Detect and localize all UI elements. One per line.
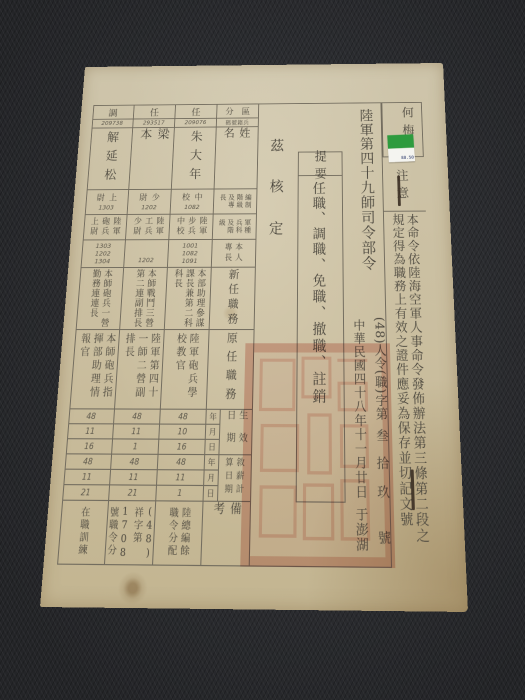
service-number: 293517 bbox=[143, 120, 165, 126]
specialty-code: 1082 bbox=[182, 250, 198, 258]
service-number: 209076 bbox=[184, 120, 206, 126]
document-sheet: 調 任 任 區分 209738 293517 209076 兵籍號碼 解延松 梁… bbox=[40, 63, 468, 612]
seal-stroke bbox=[301, 357, 331, 399]
specialty-cell: 1303 1202 1304 bbox=[81, 240, 126, 268]
name-cell: 解延松 bbox=[87, 128, 133, 190]
branch-rank-cell: 陸軍砲兵上尉 bbox=[83, 215, 128, 241]
effective-month: 11 bbox=[113, 424, 160, 439]
specialty-code: 1001 bbox=[182, 242, 198, 250]
branch-rank-cell: 陸軍步兵中校 bbox=[169, 214, 213, 240]
unit-label: 年 bbox=[209, 411, 217, 423]
effective-month: 11 bbox=[67, 424, 114, 439]
photo-background: 調 任 任 區分 209738 293517 209076 兵籍號碼 解延松 梁… bbox=[0, 0, 525, 700]
authorized-specialty: 1202 bbox=[141, 203, 157, 210]
date-value: 11 bbox=[128, 472, 138, 482]
row-label-text: 原任職務 bbox=[221, 332, 239, 407]
category-cell: 調 bbox=[92, 105, 134, 120]
branch-rank: 陸軍步兵中校 bbox=[174, 216, 209, 237]
new-post: 本部助理參謀課長兼第二科科長 bbox=[169, 269, 206, 328]
seal-stroke bbox=[338, 382, 369, 412]
date-value: 21 bbox=[80, 487, 90, 497]
row-label-authorized: 編制階級及專長 bbox=[214, 189, 258, 214]
page-title: 陸軍第四十九師司令部令 bbox=[357, 108, 380, 271]
date-value: 11 bbox=[82, 472, 92, 482]
date-value: 48 bbox=[176, 457, 186, 467]
authorized-rank-cell: 中校1082 bbox=[171, 189, 215, 214]
person-name: 梁本 bbox=[132, 128, 170, 189]
branch-rank: 陸軍工兵少尉 bbox=[130, 217, 165, 238]
remarks-cell: 在職訓練 bbox=[57, 501, 109, 565]
authorized-rank-cell: 少尉1202 bbox=[128, 190, 172, 215]
previous-post: 本師砲兵指揮部助理情報官 bbox=[73, 333, 116, 405]
date-value: 11 bbox=[131, 427, 141, 437]
approval-text: 茲核定 bbox=[266, 138, 287, 263]
remarks-cell: 陸總編餘職令分配 bbox=[153, 501, 204, 566]
name-cell: 朱大年 bbox=[172, 127, 217, 189]
effective-day: 1 bbox=[112, 439, 159, 454]
date-value: 11 bbox=[175, 473, 185, 483]
specialty-code: 1091 bbox=[182, 257, 198, 265]
personnel-table: 調 任 任 區分 209738 293517 209076 兵籍號碼 解延松 梁… bbox=[57, 104, 259, 567]
category-text: 調 bbox=[108, 105, 118, 118]
row-label-text: 區分 bbox=[217, 105, 258, 117]
branch-rank-cell: 陸軍工兵少尉 bbox=[126, 215, 171, 241]
service-number-cell: 209738 bbox=[92, 119, 134, 128]
seal-stroke bbox=[307, 413, 332, 474]
date-value: 48 bbox=[86, 412, 96, 422]
date-value: 1 bbox=[177, 488, 182, 498]
date-value: 48 bbox=[129, 457, 139, 467]
seal-stroke bbox=[260, 424, 299, 472]
authorized-rank: 中校 bbox=[177, 193, 207, 203]
specialty-code: 1202 bbox=[95, 250, 111, 258]
month-label: 月 bbox=[204, 471, 219, 487]
month-label: 月 bbox=[206, 425, 221, 440]
notice-divider bbox=[384, 211, 426, 212]
specialty-code: 1303 bbox=[95, 242, 111, 250]
effective-year: 48 bbox=[68, 409, 115, 424]
unit-label: 月 bbox=[207, 472, 215, 484]
seal-stroke bbox=[337, 359, 367, 362]
row-label-text: 本人專長 bbox=[223, 243, 245, 264]
row-label-text: 姓名 bbox=[220, 127, 253, 188]
official-seal bbox=[240, 343, 395, 568]
specialty-cell: 1001 1082 1091 bbox=[168, 240, 213, 268]
seal-stroke bbox=[340, 479, 370, 541]
row-label-own-specialty: 本人專長 bbox=[212, 240, 257, 268]
row-label-new-post: 新任職務 bbox=[210, 268, 256, 330]
specialty-cell: 1202 bbox=[124, 240, 169, 268]
unit-label: 日 bbox=[208, 441, 216, 453]
date-value: 48 bbox=[83, 457, 93, 467]
row-label-text: 軍種兵科及階級 bbox=[217, 219, 251, 235]
date-value: 1 bbox=[133, 442, 138, 452]
new-post-cell: 本師戰鬥三營第二連副排長 bbox=[120, 268, 168, 330]
category-cell: 任 bbox=[175, 104, 217, 119]
authorized-rank: 上尉 bbox=[92, 193, 122, 203]
date-value: 11 bbox=[85, 426, 95, 436]
date-value: 10 bbox=[177, 427, 187, 437]
new-post-cell: 本師砲兵一營勤務連連長 bbox=[76, 268, 124, 330]
pay-day: 1 bbox=[156, 486, 204, 502]
person-name: 朱大年 bbox=[184, 130, 204, 187]
previous-post-cell: 陸軍第四十一師二營副排長 bbox=[115, 330, 165, 410]
authorized-rank-cell: 上尉1303 bbox=[85, 190, 129, 215]
person-name: 解延松 bbox=[99, 130, 120, 186]
authorized-specialty: 1303 bbox=[98, 203, 114, 210]
effective-year: 48 bbox=[160, 410, 207, 425]
remarks-cell: 澎防部(48)祥字第1708號職令分配 bbox=[105, 501, 156, 566]
seal-stroke bbox=[340, 424, 369, 468]
pay-year: 48 bbox=[65, 454, 112, 470]
previous-post: 陸軍第四十一師二營副排長 bbox=[118, 333, 160, 405]
remarks-text: 陸總編餘職令分配 bbox=[164, 507, 191, 560]
pay-day: 21 bbox=[109, 485, 157, 501]
notice-label: 注意 bbox=[391, 169, 410, 204]
remarks-text: 澎防部(48)祥字第1708號職令分配 bbox=[105, 506, 156, 559]
row-label-service-number: 兵籍號碼 bbox=[217, 118, 259, 127]
unit-label: 月 bbox=[209, 426, 217, 438]
seal-stroke bbox=[259, 485, 297, 538]
authorized-rank: 少尉 bbox=[134, 193, 164, 203]
category-text: 任 bbox=[150, 105, 160, 118]
effective-day: 16 bbox=[159, 440, 206, 455]
sticker-white-band: 88.50 bbox=[388, 148, 415, 163]
pay-year: 48 bbox=[158, 455, 205, 471]
branch-rank: 陸軍砲兵上尉 bbox=[87, 217, 122, 238]
seal-stroke bbox=[303, 483, 335, 540]
effective-year: 48 bbox=[114, 410, 161, 425]
row-label-branch: 軍種兵科及階級 bbox=[213, 214, 257, 240]
previous-post-cell: 本師砲兵指揮部助理情報官 bbox=[69, 330, 120, 409]
new-post: 本師戰鬥三營第二連副排長 bbox=[130, 269, 156, 328]
category-text: 任 bbox=[191, 104, 201, 117]
remarks-text: 在職訓練 bbox=[75, 506, 91, 559]
date-value: 48 bbox=[132, 412, 142, 422]
service-number-cell: 209076 bbox=[175, 119, 217, 128]
previous-post-cell: 陸軍砲兵學校教官 bbox=[161, 330, 210, 410]
date-value: 16 bbox=[84, 441, 94, 451]
year-label: 年 bbox=[205, 455, 220, 470]
service-number-cell: 293517 bbox=[133, 119, 175, 128]
new-post-cell: 本部助理參謀課長兼第二科科長 bbox=[165, 268, 212, 330]
specialty-code: 1202 bbox=[138, 256, 154, 264]
row-label-text: 新任職務 bbox=[224, 269, 241, 328]
unit-label: 日 bbox=[206, 487, 214, 499]
row-label-name: 姓名 bbox=[215, 127, 259, 189]
date-value: 21 bbox=[127, 488, 137, 498]
seal-stroke bbox=[259, 359, 296, 412]
name-cell: 梁本 bbox=[129, 128, 175, 190]
pay-month: 11 bbox=[63, 470, 111, 486]
year-label: 年 bbox=[206, 410, 221, 425]
effective-day: 16 bbox=[66, 439, 113, 454]
authorized-specialty: 1082 bbox=[184, 203, 200, 211]
new-post: 本師砲兵一營勤務連連長 bbox=[86, 269, 113, 328]
category-cell: 任 bbox=[134, 104, 176, 119]
row-label-text: 編制階級及專長 bbox=[218, 193, 252, 209]
effective-month: 10 bbox=[159, 425, 206, 440]
row-label-category: 區分 bbox=[217, 104, 259, 119]
previous-post: 陸軍砲兵學校教官 bbox=[170, 333, 199, 405]
pay-month: 11 bbox=[110, 470, 158, 486]
service-number: 209738 bbox=[101, 120, 123, 126]
specialty-code: 1304 bbox=[94, 257, 110, 265]
sticker-green-band bbox=[387, 134, 414, 149]
pay-day: 21 bbox=[62, 485, 110, 501]
row-label-text: 兵籍號碼 bbox=[225, 118, 249, 126]
pay-month: 11 bbox=[157, 470, 205, 486]
day-label: 日 bbox=[205, 440, 220, 455]
day-label: 日 bbox=[204, 486, 219, 502]
date-value: 16 bbox=[177, 442, 187, 452]
unit-label: 年 bbox=[208, 456, 216, 468]
date-value: 48 bbox=[178, 412, 188, 422]
row-label-text: 備考 bbox=[208, 502, 243, 566]
sticker-text: 88.50 bbox=[401, 156, 414, 162]
pay-year: 48 bbox=[111, 455, 158, 471]
price-sticker: 88.50 bbox=[387, 134, 415, 162]
summary-label: 提要 bbox=[299, 152, 342, 176]
